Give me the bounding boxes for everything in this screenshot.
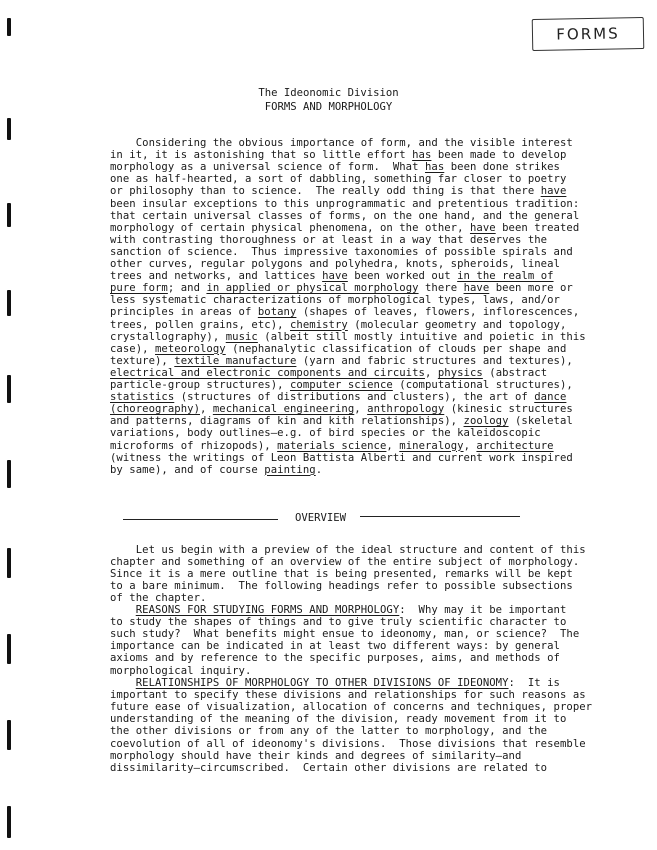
text-line: electrical and electronic components and… xyxy=(110,367,547,379)
binding-mark xyxy=(7,720,11,750)
text-line: such study? What benefits might ensue to… xyxy=(110,628,579,640)
text-line: statistics (structures of distributions … xyxy=(110,391,566,403)
text-line: the other divisions or from any of the l… xyxy=(110,725,547,737)
text-line: Considering the obvious importance of fo… xyxy=(110,137,573,149)
text-line: or philosophy than to science. The reall… xyxy=(110,185,566,197)
text-line: (choreography), mechanical engineering, … xyxy=(110,403,573,415)
binding-mark xyxy=(7,290,11,316)
binding-mark xyxy=(7,18,11,36)
text-line: other curves, regular polygons and polyh… xyxy=(110,258,560,270)
text-line: texture), textile manufacture (yarn and … xyxy=(110,355,573,367)
text-line: variations, body outlines—e.g. of bird s… xyxy=(110,427,541,439)
text-line: microforms of rhizopods), materials scie… xyxy=(110,440,554,452)
text-line: that certain universal classes of forms,… xyxy=(110,210,579,222)
text-line: understanding of the meaning of the divi… xyxy=(110,713,566,725)
text-line: chapter and something of an overview of … xyxy=(110,556,579,568)
forms-tab-label: FORMS xyxy=(532,17,645,51)
text-line: REASONS FOR STUDYING FORMS AND MORPHOLOG… xyxy=(110,604,566,616)
text-line: less systematic characterizations of mor… xyxy=(110,294,560,306)
chapter-title: FORMS AND MORPHOLOGY xyxy=(0,100,657,114)
overview-rule-left xyxy=(123,519,278,520)
text-line: Since it is a mere outline that is being… xyxy=(110,568,573,580)
text-line: coevolution of all of ideonomy's divisio… xyxy=(110,738,586,750)
text-line: axioms and by reference to the specific … xyxy=(110,652,560,664)
text-line: (witness the writings of Leon Battista A… xyxy=(110,452,573,464)
text-line: and patterns, diagrams of kin and kith r… xyxy=(110,415,573,427)
overview-heading: OVERVIEW xyxy=(295,512,346,524)
text-line: pure form; and in applied or physical mo… xyxy=(110,282,573,294)
text-line: morphology should have their kinds and d… xyxy=(110,750,521,762)
text-line: in it, it is astonishing that so little … xyxy=(110,149,566,161)
text-line: particle-group structures), computer sci… xyxy=(110,379,573,391)
binding-mark xyxy=(7,460,11,488)
binding-mark xyxy=(7,806,11,838)
text-line: future ease of visualization, allocation… xyxy=(110,701,592,713)
text-line: trees and networks, and lattices have be… xyxy=(110,270,554,282)
text-line: dissimilarity—circumscribed. Certain oth… xyxy=(110,762,547,774)
binding-mark xyxy=(7,375,11,403)
text-line: to study the shapes of things and to giv… xyxy=(110,616,566,628)
text-line: morphology as a universal science of for… xyxy=(110,161,560,173)
text-line: case), meteorology (nephanalytic classif… xyxy=(110,343,566,355)
division-title: The Ideonomic Division xyxy=(0,86,657,100)
text-line: of the chapter. xyxy=(110,592,206,604)
text-line: trees, pollen grains, etc), chemistry (m… xyxy=(110,319,566,331)
overview-rule-right xyxy=(360,516,520,517)
text-line: principles in areas of botany (shapes of… xyxy=(110,306,579,318)
text-line: morphology of certain physical phenomena… xyxy=(110,222,579,234)
text-line: one as half-hearted, a sort of dabbling,… xyxy=(110,173,566,185)
text-line: crystallography), music (albeit still mo… xyxy=(110,331,586,343)
binding-mark xyxy=(7,118,11,140)
binding-mark xyxy=(7,203,11,227)
text-line: Let us begin with a preview of the ideal… xyxy=(110,544,586,556)
text-line: with contrasting thoroughness or at leas… xyxy=(110,234,547,246)
text-line: importance can be indicated in at least … xyxy=(110,640,560,652)
binding-mark xyxy=(7,634,11,664)
text-line: important to specify these divisions and… xyxy=(110,689,586,701)
text-line: morphological inquiry. xyxy=(110,665,251,677)
text-line: RELATIONSHIPS OF MORPHOLOGY TO OTHER DIV… xyxy=(110,677,560,689)
text-line: to a bare minimum. The following heading… xyxy=(110,580,573,592)
text-line: by same), and of course painting. xyxy=(110,464,322,476)
text-line: sanction of science. Thus impressive tax… xyxy=(110,246,573,258)
document-page: FORMS The Ideonomic Division FORMS AND M… xyxy=(0,0,657,850)
text-line: been insular exceptions to this unprogra… xyxy=(110,198,579,210)
binding-mark xyxy=(7,548,11,578)
